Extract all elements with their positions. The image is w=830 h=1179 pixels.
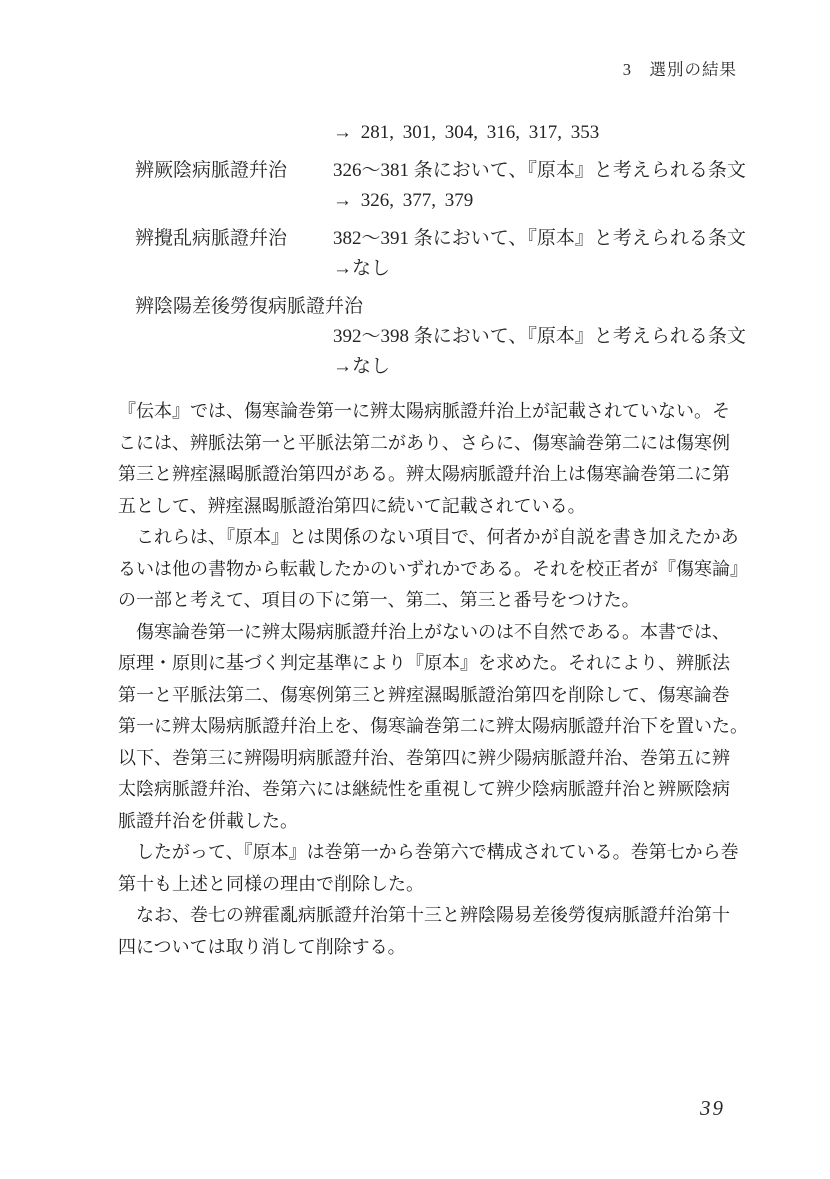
paragraph: なお、巻七の辨霍亂病脈證幷治第十三と辨陰陽易差後勞復病脈證幷治第十 四については…	[118, 900, 778, 963]
list-entry: 辨攪乱病脈證幷治 382〜391 条において、『原本』と考えられる条文 →なし	[118, 224, 778, 284]
paragraph: 傷寒論巻第一に辨太陽病脈證幷治上がないのは不自然である。本書では、 原理・原則に…	[118, 617, 778, 838]
paragraph: 『伝本』では、傷寒論巻第一に辨太陽病脈證幷治上が記載されていない。そ こには、辨…	[118, 396, 778, 522]
body-text: 『伝本』では、傷寒論巻第一に辨太陽病脈證幷治上が記載されていない。そ こには、辨…	[118, 396, 778, 963]
list-entry: 辨厥陰病脈證幷治 326〜381 条において、『原本』と考えられる条文 → 32…	[118, 156, 778, 216]
results-list: → 281, 301, 304, 316, 317, 353 辨厥陰病脈證幷治 …	[118, 118, 778, 382]
entry-range-line: 392〜398 条において、『原本』と考えられる条文	[333, 322, 778, 352]
entry-label: 辨陰陽差後勞復病脈證幷治	[118, 292, 778, 322]
entry-result-line: →なし	[333, 352, 778, 382]
entry-range-line: 382〜391 条において、『原本』と考えられる条文	[333, 224, 778, 254]
continuation-result-line: → 281, 301, 304, 316, 317, 353	[333, 118, 778, 148]
entry-label: 辨厥陰病脈證幷治	[118, 156, 333, 186]
page-number: 39	[700, 1096, 725, 1121]
entry-label: 辨攪乱病脈證幷治	[118, 224, 333, 254]
entry-row: 辨厥陰病脈證幷治 326〜381 条において、『原本』と考えられる条文	[118, 156, 778, 186]
paragraph: これらは、『原本』とは関係のない項目で、何者かが自説を書き加えたかあ るいは他の…	[118, 522, 778, 617]
list-entry: 辨陰陽差後勞復病脈證幷治 392〜398 条において、『原本』と考えられる条文 …	[118, 292, 778, 382]
running-head: 3 選別の結果	[623, 56, 737, 80]
book-page: 3 選別の結果 → 281, 301, 304, 316, 317, 353 辨…	[0, 0, 830, 1179]
entry-result-line: →なし	[333, 254, 778, 284]
paragraph: したがって、『原本』は巻第一から巻第六で構成されている。巻第七から巻 第十も上述…	[118, 837, 778, 900]
entry-row: 辨攪乱病脈證幷治 382〜391 条において、『原本』と考えられる条文	[118, 224, 778, 254]
entry-range-line: 326〜381 条において、『原本』と考えられる条文	[333, 156, 778, 186]
entry-result-line: → 326, 377, 379	[333, 186, 778, 216]
